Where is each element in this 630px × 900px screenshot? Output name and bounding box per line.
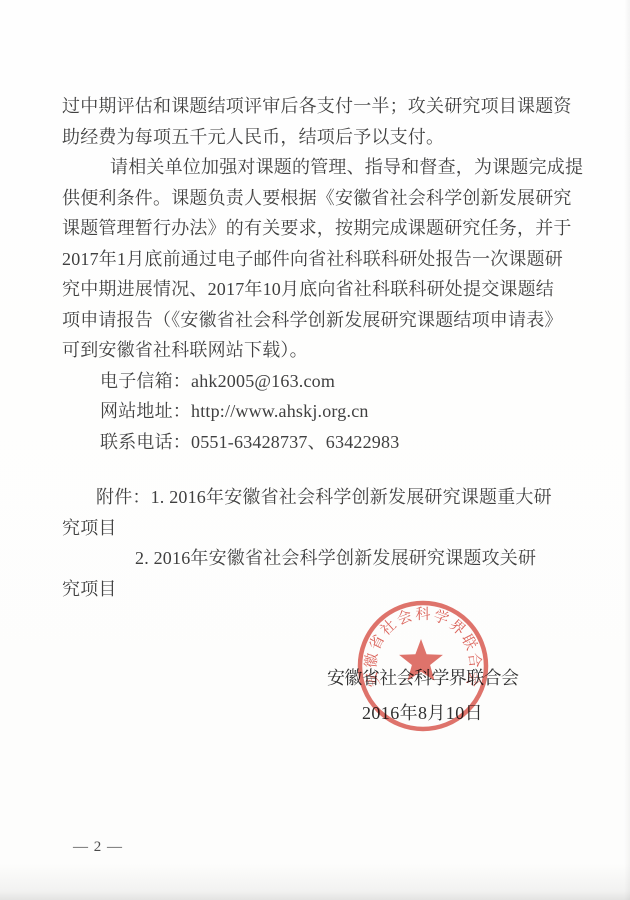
letter-body: 过中期评估和课题结项评审后各支付一半；攻关研究项目课题资 助经费为每项五千元人民… <box>62 91 570 604</box>
page-number: — 2 — <box>73 839 123 856</box>
body-line: 课题管理暂行办法》的有关要求，按期完成课题研究任务，并于 <box>62 213 570 244</box>
attachment-line: 2. 2016年安徽省社会科学创新发展研究课题攻关研 <box>62 543 570 574</box>
body-line: 供便利条件。课题负责人要根据《安徽省社会科学创新发展研究 <box>62 183 570 214</box>
body-line: 请相关单位加强对课题的管理、指导和督查，为课题完成提 <box>62 152 570 183</box>
section-gap <box>62 457 570 482</box>
contact-phone-line: 联系电话：0551-63428737、63422983 <box>62 427 570 458</box>
body-line: 2017年1月底前通过电子邮件向省社科联科研处报告一次课题研 <box>62 244 570 275</box>
body-line: 助经费为每项五千元人民币，结项后予以支付。 <box>62 122 570 153</box>
contact-email-line: 电子信箱：ahk2005@163.com <box>62 366 570 397</box>
attachment-line: 究项目 <box>62 513 570 544</box>
body-line: 究中期进展情况、2017年10月底向省社科联科研处提交课题结 <box>62 274 570 305</box>
body-line: 可到安徽省社科联网站下载）。 <box>62 335 570 366</box>
signature-organization: 安徽省社会科学界联合会 <box>327 664 518 690</box>
contact-website-line: 网站地址：http://www.ahskj.org.cn <box>62 396 570 427</box>
document-page: 过中期评估和课题结项评审后各支付一半；攻关研究项目课题资 助经费为每项五千元人民… <box>0 0 630 900</box>
body-line: 项申请报告（《安徽省社会科学创新发展研究课题结项申请表》 <box>62 305 570 336</box>
signature-date: 2016年8月10日 <box>362 699 483 725</box>
body-line: 过中期评估和课题结项评审后各支付一半；攻关研究项目课题资 <box>62 91 570 122</box>
attachment-line: 究项目 <box>62 574 570 605</box>
attachment-line: 附件：1. 2016年安徽省社会科学创新发展研究课题重大研 <box>62 482 570 513</box>
